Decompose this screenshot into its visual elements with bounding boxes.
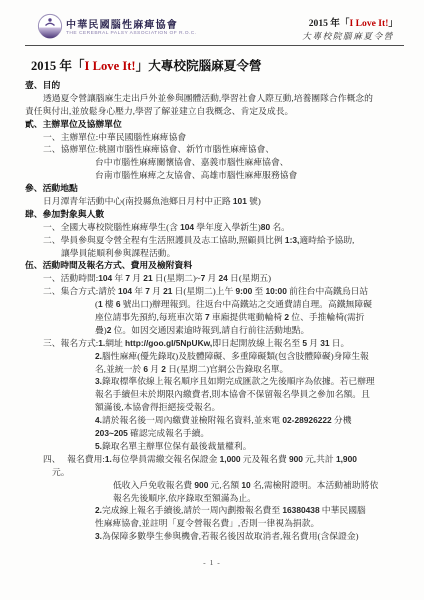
doc-line-14: 伍、活動時間及報名方式、費用及檢附資料 [25,259,404,272]
org-name: 中華民國腦性麻痺協會 [66,16,178,31]
doc-line-23: 3.錄取標準依線上報名順序且如期完成匯款之先後順序為依據。若已辦理 [25,375,404,388]
page-title: 2015 年「I Love It!」大專校院腦麻夏令營 [31,55,404,74]
doc-line-26: 4.請於報名後一周內繳費並檢附報名資料,並來電 02-28926222 分機 [25,414,404,427]
header-rule [25,45,404,46]
doc-line-5: 二、協辦單位:桃園市腦性麻痺協會、新竹市腦性麻痺協會、 [25,143,404,156]
document-page: 中華民國腦性麻痺協會 THE CEREBRAL PALSY ASSOCIATIO… [0,0,424,600]
event-title-highlight: I Love It! [350,18,389,29]
document-body: 2015 年「I Love It!」大專校院腦麻夏令營 壹、目的 透過夏令營讓腦… [25,55,404,543]
doc-line-25: 額滿後,本協會得拒絕接受報名。 [25,401,404,414]
doc-line-22: 名,並統一於 6 月 2 日(星期二)官網公告錄取名單。 [25,363,404,376]
event-title-prefix: 2015 年「 [309,18,350,29]
event-title-suffix: 」 [388,18,398,29]
doc-line-31: 低收入戶免收報名費 900 元,名額 10 名,需檢附證明。本活動補助將依 [25,479,404,492]
doc-line-9: 日月潭青年活動中心(南投縣魚池鄉日月村中正路 101 號) [25,195,404,208]
doc-line-18: 座位請事先預約,每班車次第 7 車廂提供電動輪椅 2 位、手推輪椅(需折 [25,311,404,324]
page-title-highlight: I Love It! [85,59,136,73]
doc-line-4: 一、主辦單位:中華民國腦性麻痺協會 [25,131,404,144]
doc-line-20: 三、報名方式:1.網址 http://goo.gl/5NpUKw,即日起開放線上… [25,337,404,350]
doc-line-6: 台中市腦性麻痺關懷協會、嘉義市腦性麻痺協會、 [25,156,404,169]
doc-line-8: 參、活動地點 [25,182,404,195]
doc-line-30: 元。 [25,466,404,479]
doc-line-17: (1 樓 6 號出口)辦理報到。往返台中高鐵站之交通費請自理。高鐵無障礙 [25,298,404,311]
doc-line-15: 一、活動時間:104 年 7 月 21 日(星期二)~7 月 24 日(星期五) [25,272,404,285]
doc-line-33: 2.完成線上報名手續後,請於一周內劃撥報名費至 16380438 中華民國腦 [25,504,404,517]
doc-line-35: 3.為保障多數學生參與機會,若報名後因故取消者,報名費用(含保證金) [25,530,404,543]
doc-line-3: 貳、主辦單位及協辦單位 [25,118,404,131]
doc-line-7: 台南市腦性麻痺之友協會、高雄市腦性麻痺服務協會 [25,169,404,182]
doc-line-28: 5.錄取名單主辦單位保有最後裁量權利。 [25,440,404,453]
event-title: 2015 年「I Love It!」 [309,15,398,29]
doc-line-19: 疊)2 位。如因交通因素逾時報到,請自行前往活動地點。 [25,324,404,337]
page-title-prefix: 2015 年「 [31,59,85,73]
doc-line-11: 一、全國大專校院腦性麻痺學生(含 104 學年度入學新生)80 名。 [25,221,404,234]
doc-line-21: 2.腦性麻痺(優先錄取)及肢體障礙、多重障礙類(包含肢體障礙)身障生報 [25,350,404,363]
doc-line-12: 二、學員參與夏令營全程有生活照護員及志工協助,照顧員比例 1:3,適時給予協助, [25,234,404,247]
org-name-en: THE CEREBRAL PALSY ASSOCIATION OF R.O.C. [66,31,197,36]
doc-line-0: 壹、目的 [25,79,404,92]
doc-line-1: 透過夏令營讓腦麻生走出戶外並參與團體活動,學習社會人際互動,培養團隊合作概念的 [25,92,404,105]
doc-line-24: 報名手續但未於期限內繳費者,則本協會不保留報名學員之參加名額。且 [25,388,404,401]
doc-line-27: 203~205 確認完成報名手續。 [25,427,404,440]
event-subtitle: 大專校院腦麻夏令營 [302,30,394,42]
page-header: 中華民國腦性麻痺協會 THE CEREBRAL PALSY ASSOCIATIO… [0,0,424,48]
doc-line-13: 讓學員能順利參與課程活動。 [25,247,404,260]
page-number: - 1 - [0,558,424,567]
doc-line-10: 肆、參加對象與人數 [25,208,404,221]
doc-line-34: 性麻痺協會,並註明「夏令營報名費」,否則一律視為捐款。 [25,517,404,530]
doc-line-29: 四、 報名費用:1.每位學員需繳交報名保證金 1,000 元及報名費 900 元… [25,453,404,466]
doc-line-16: 二、集合方式:請於 104 年 7 月 21 日(星期二)上午 9:00 至 1… [25,285,404,298]
page-title-suffix: 」大專校院腦麻夏令營 [136,59,262,73]
doc-line-32: 報名先後順序,依序錄取至額滿為止。 [25,492,404,505]
cpa-logo-icon [37,13,63,44]
doc-line-2: 責任與付出,並放鬆身心壓力,學習了解並建立自我概念、肯定及成長。 [25,105,404,118]
